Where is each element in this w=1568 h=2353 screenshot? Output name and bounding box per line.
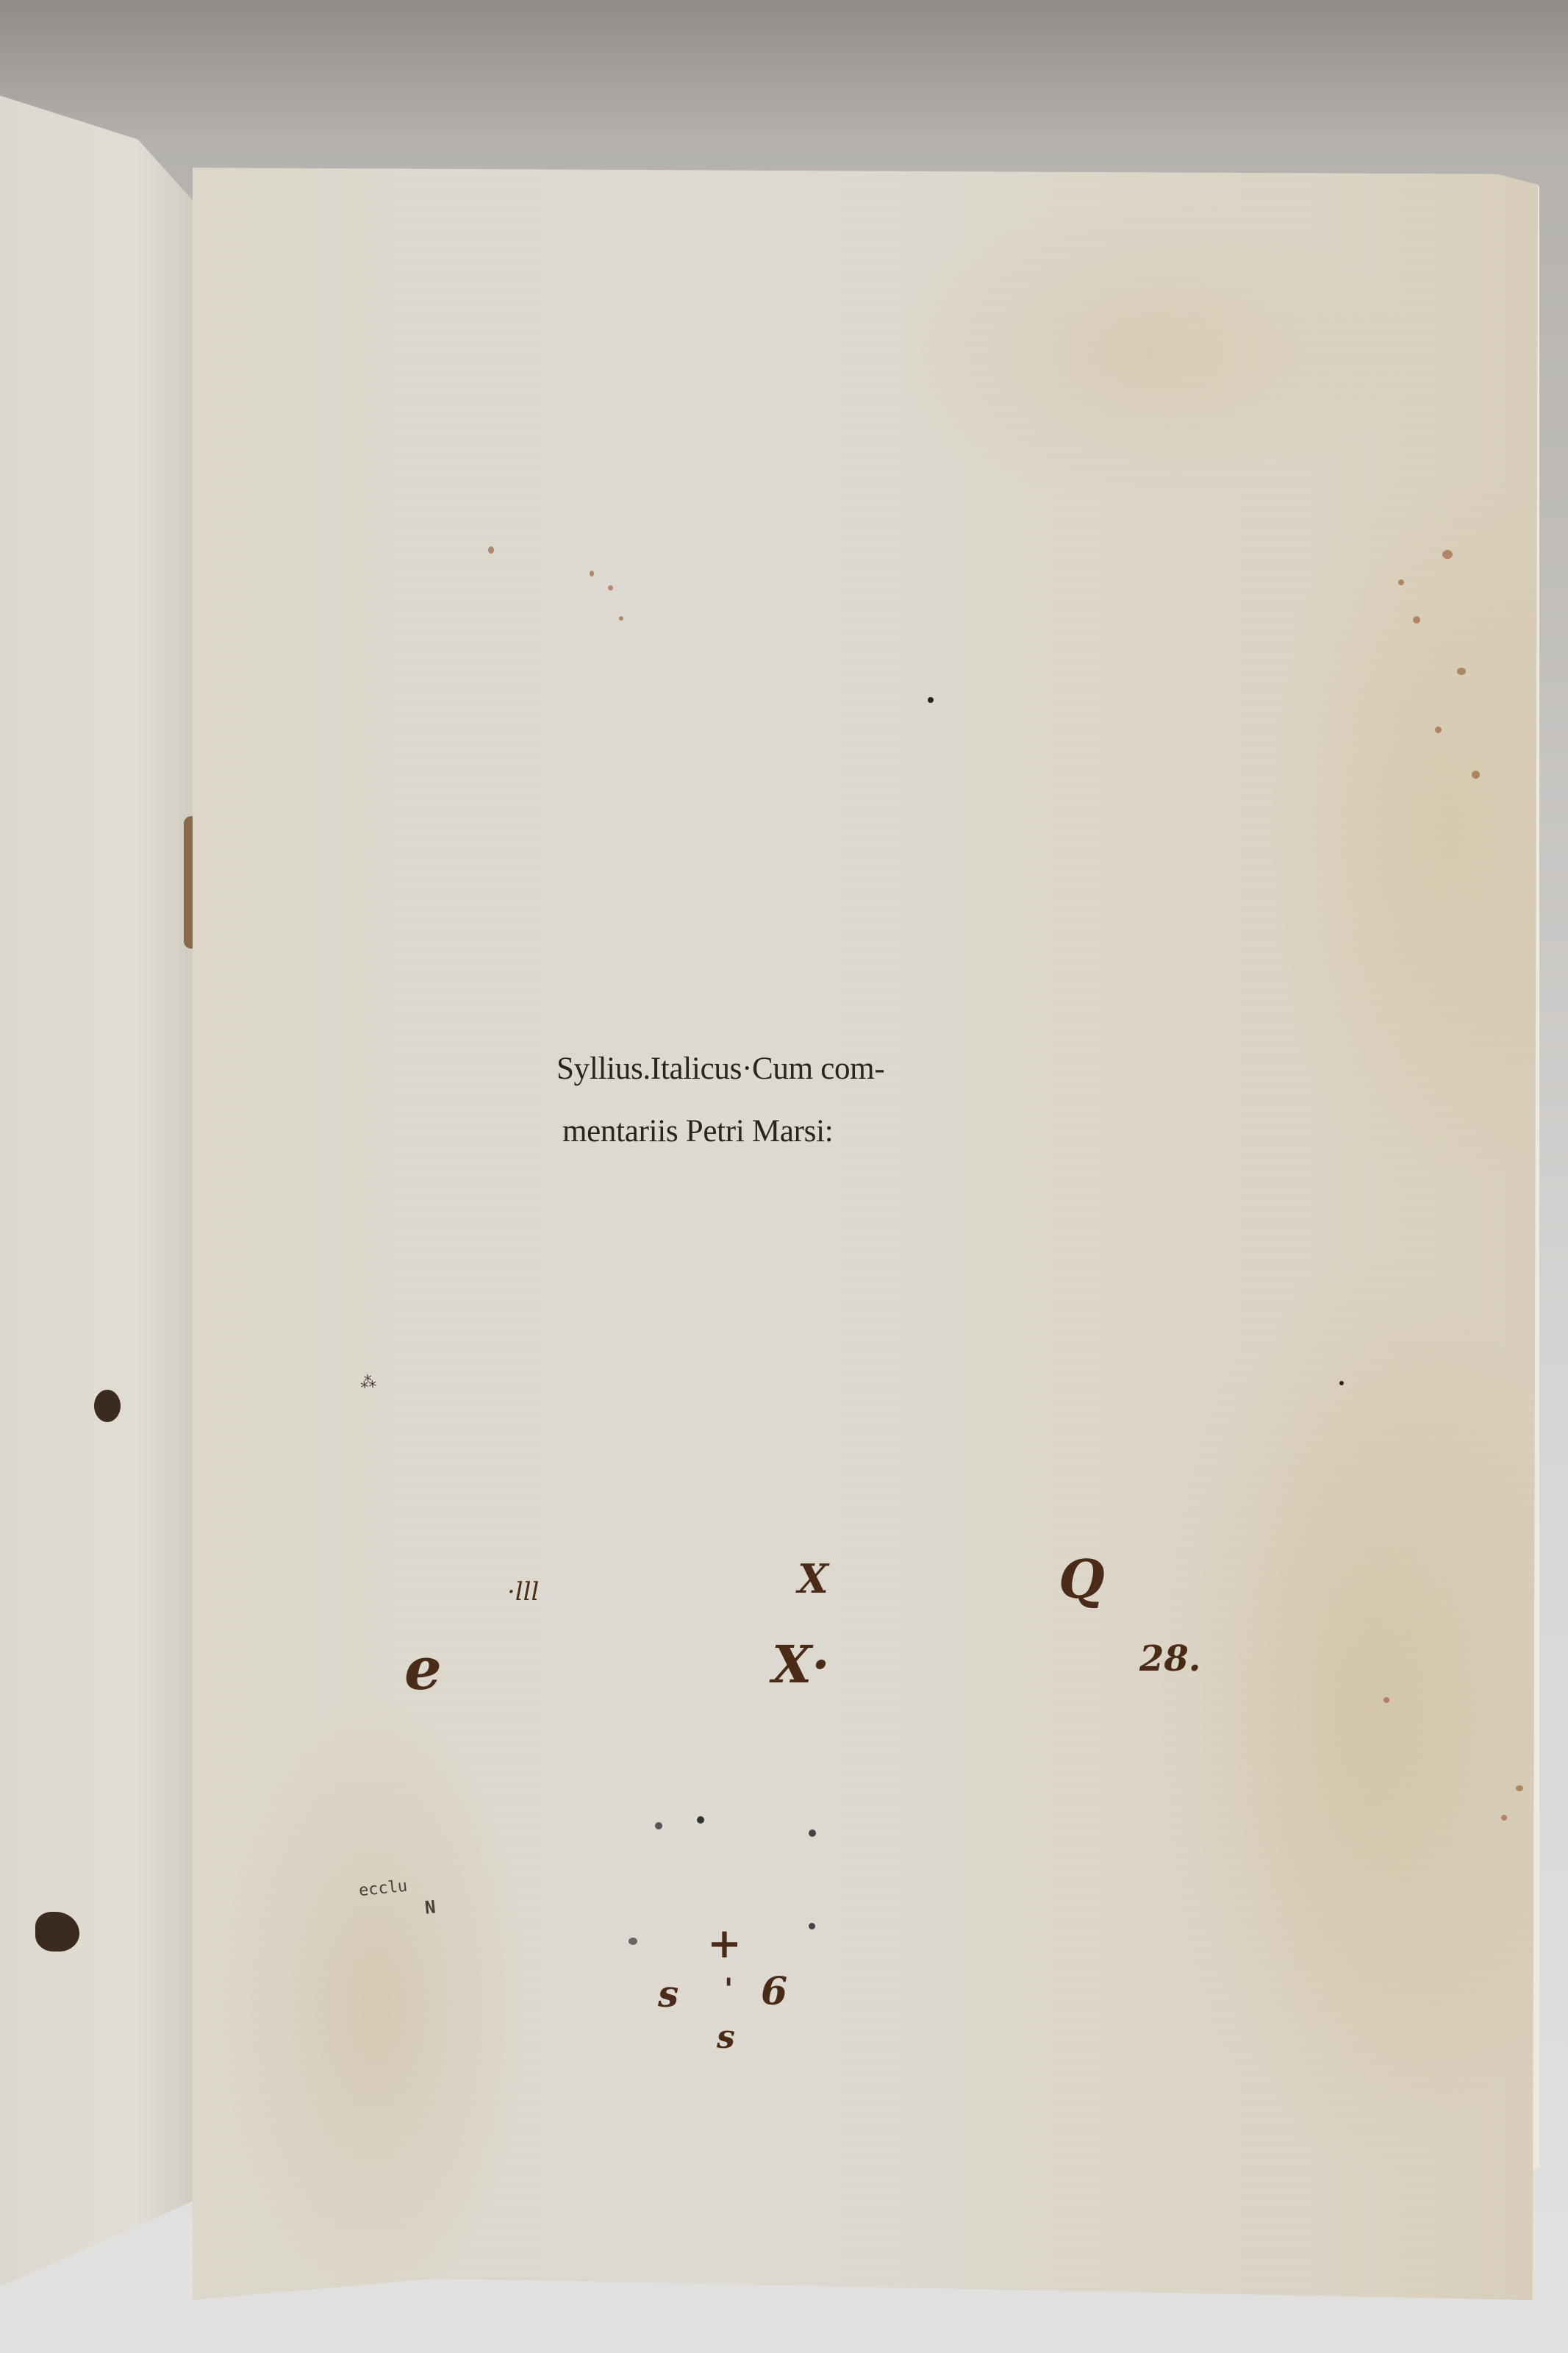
manuscript-mark-s: s [658,1972,679,2015]
manuscript-mark-upper-left: ·lll [507,1577,539,1607]
foxing-spot [1435,726,1442,733]
ink-dot [809,1923,815,1929]
ink-dot [629,1938,637,1945]
title-line-2: mentariis Petri Marsi: [562,1115,884,1147]
foxing-spot [590,571,594,576]
manuscript-mark-apostrophe: ' [724,1972,733,2007]
foxing-spot [1339,1381,1344,1385]
foxing-spot [619,616,623,621]
wormhole [94,1390,121,1422]
library-stamp-sub: N [424,1896,437,1918]
left-facing-page [0,96,197,2287]
manuscript-mark-e: e [404,1634,442,1703]
printed-title: Syllius.Italicus·Cum com- mentariis Petr… [556,1053,884,1147]
foxing-spot [928,697,934,703]
wormhole [35,1912,79,1952]
foxing-spot [1516,1785,1523,1791]
foxing-spot [608,585,613,590]
foxing-spot [1442,550,1453,559]
manuscript-mark-s-bottom: s [717,2018,735,2056]
foxing-spot [488,546,494,554]
ink-dot [697,1816,704,1824]
foxing-spot [1413,616,1420,624]
ink-dot [655,1822,662,1829]
manuscript-mark-upper-x: X [798,1555,828,1602]
ink-dot [809,1829,816,1837]
foxing-spot [1501,1815,1507,1821]
foxing-spot [1472,771,1480,779]
foxing-spot [1457,668,1466,675]
manuscript-mark-6: 6 [761,1969,787,2014]
foxing-spot [1383,1697,1389,1703]
manuscript-mark-upper-q: Q [1059,1548,1105,1610]
manuscript-mark-cross: + [707,1919,742,1968]
stamp-mark: ⁂ [359,1373,377,1393]
manuscript-mark-28: 28. [1139,1638,1201,1679]
title-page [193,168,1538,2300]
manuscript-mark-x: X· [772,1634,830,1695]
title-line-1: Syllius.Italicus·Cum com- [556,1053,884,1085]
foxing-spot [1398,579,1404,585]
